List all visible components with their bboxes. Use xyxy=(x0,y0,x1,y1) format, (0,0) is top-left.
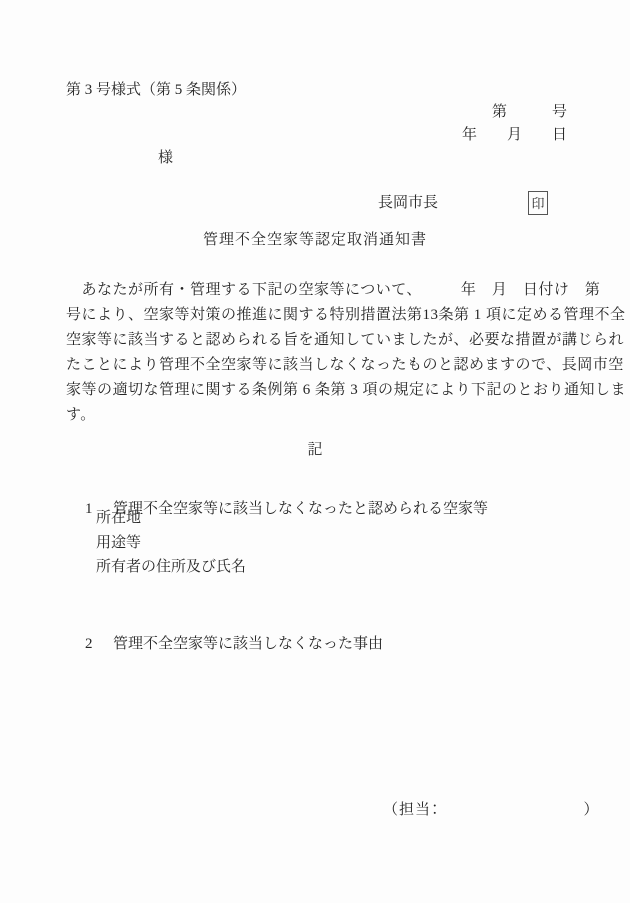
body-line: す。 xyxy=(66,403,574,428)
sender-name: 長岡市長 xyxy=(378,196,438,211)
section-1-item-owner: 所有者の住所及び氏名 xyxy=(96,560,246,575)
addressee-honorific: 様 xyxy=(158,151,173,166)
section-1-item-location: 所在地 xyxy=(96,511,141,526)
seal-placeholder-box: 印 xyxy=(528,191,548,215)
section-1-item-usage: 用途等 xyxy=(96,536,141,551)
seal-character: 印 xyxy=(531,197,544,210)
contact-line: （担当： ） xyxy=(383,803,600,818)
body-line: 空家等に該当すると認められる旨を通知していましたが、必要な措置が講じられ xyxy=(66,328,574,353)
document-page: 第 3 号様式（第 5 条関係） 第 号 年 月 日 様 長岡市長 印 管理不全… xyxy=(0,0,630,903)
section-2-number: 2 xyxy=(85,637,113,652)
form-number-label: 第 3 号様式（第 5 条関係） xyxy=(66,83,246,98)
section-1-heading: 管理不全空家等に該当しなくなったと認められる空家等 xyxy=(113,501,488,517)
body-line: 号により、空家等対策の推進に関する特別措置法第13条第 1 項に定める管理不全 xyxy=(66,303,574,328)
document-title: 管理不全空家等認定取消通知書 xyxy=(0,233,630,248)
body-line: 家等の適切な管理に関する条例第 6 条第 3 項の規定により下記のとおり通知しま xyxy=(66,378,574,403)
section-2-heading: 管理不全空家等に該当しなくなった事由 xyxy=(113,636,383,652)
document-number-line: 第 号 xyxy=(492,105,567,120)
record-marker: 記 xyxy=(0,443,630,458)
section-2-heading-row: 2管理不全空家等に該当しなくなった事由 xyxy=(70,622,383,667)
body-line: たことにより管理不全空家等に該当しなくなったものと認めますので、長岡市空 xyxy=(66,353,574,378)
body-paragraph: あなたが所有・管理する下記の空家等について、 年 月 日付け 第 号により、空家… xyxy=(66,278,574,428)
body-line: あなたが所有・管理する下記の空家等について、 年 月 日付け 第 xyxy=(66,278,574,303)
date-line: 年 月 日 xyxy=(462,128,567,143)
